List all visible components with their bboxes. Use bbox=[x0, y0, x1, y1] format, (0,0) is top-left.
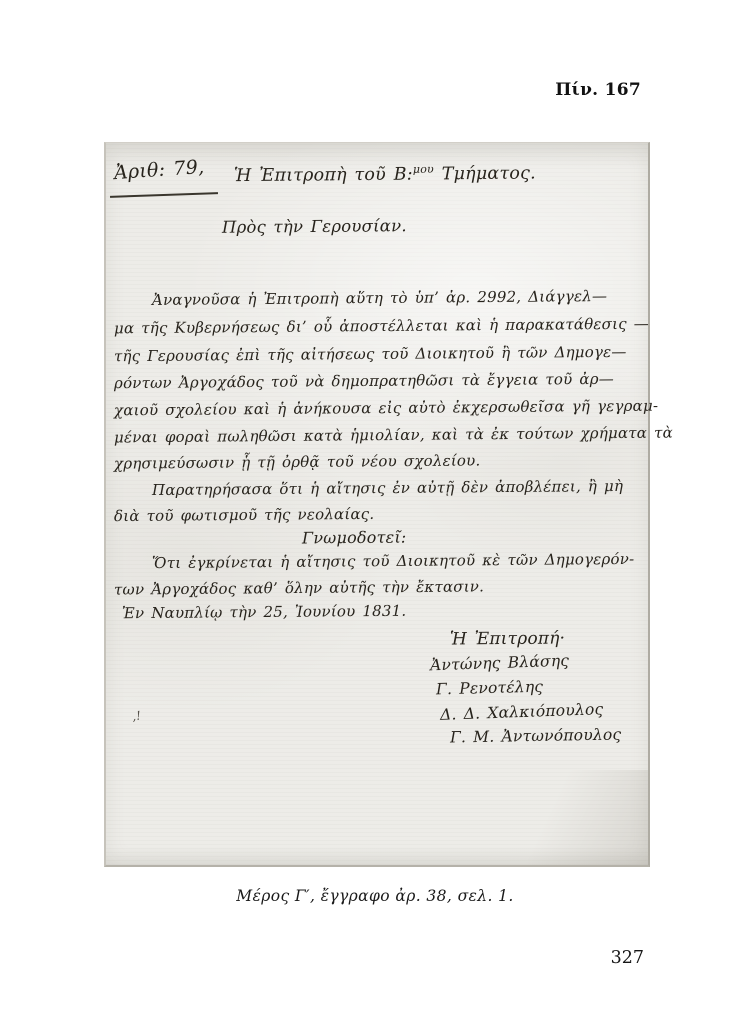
signature: Γ. Μ. Ἀντωνόπουλος bbox=[450, 726, 622, 747]
manuscript-body-line: Παρατηρήσασα ὅτι ἡ αἴτησις ἐν αὐτῇ δὲν ἀ… bbox=[152, 477, 623, 499]
plate-label: Πίν. 167 bbox=[555, 80, 641, 100]
manuscript-body-line: διὰ τοῦ φωτισμοῦ τῆς νεολαίας. bbox=[114, 505, 374, 525]
manuscript-addressee: Πρὸς τὴν Γερουσίαν. bbox=[222, 216, 407, 237]
signature-block-heading: Ἡ Ἐπιτροπή· bbox=[450, 628, 565, 649]
figure-caption: Μέρος Γ′, ἔγγραφο ἀρ. 38, σελ. 1. bbox=[236, 887, 513, 905]
paper-fold-shadow bbox=[478, 770, 648, 865]
manuscript-body-line: τῆς Γερουσίας ἐπὶ τῆς αἰτήσεως τοῦ Διοικ… bbox=[114, 343, 627, 365]
manuscript-body-line: ρόντων Ἀργοχάδος τοῦ νὰ δημοπρατηθῶσι τὰ… bbox=[114, 370, 614, 392]
margin-pencil-mark: ,! bbox=[131, 708, 142, 723]
caption-row: Μέρος Γ′, ἔγγραφο ἀρ. 38, σελ. 1. bbox=[104, 886, 646, 905]
page-number: 327 bbox=[611, 948, 644, 968]
manuscript-body-line: χρησιμεύσωσιν ᾗ τῇ ὀρθᾷ τοῦ νέου σχολείο… bbox=[114, 451, 481, 472]
manuscript-decision-line: Ὅτι ἐγκρίνεται ἡ αἴτησις τοῦ Διοικητοῦ κ… bbox=[152, 550, 634, 572]
ref-number-underline bbox=[110, 192, 218, 198]
manuscript-decision-label: Γνωμοδοτεῖ: bbox=[302, 528, 407, 548]
manuscript-heading-main: Ἡ Ἐπιτροπὴ τοῦ Β: bbox=[234, 165, 413, 187]
manuscript-heading-superscript: μου bbox=[413, 163, 434, 176]
book-page: { "page": { "plate_label": "Πίν. 167", "… bbox=[0, 0, 743, 1027]
manuscript-scan: Ἀριθ: 79, Ἡ Ἐπιτροπὴ τοῦ Β:μου Τμήματος.… bbox=[104, 142, 650, 867]
manuscript-ref-number: Ἀριθ: 79, bbox=[113, 156, 205, 184]
manuscript-dateline: Ἐν Ναυπλίῳ τὴν 25, Ἰουνίου 1831. bbox=[122, 602, 406, 622]
manuscript-heading: Ἡ Ἐπιτροπὴ τοῦ Β:μου Τμήματος. bbox=[234, 162, 536, 186]
manuscript-body-line: μέναι φοραὶ πωληθῶσι κατὰ ἡμιολίαν, καὶ … bbox=[114, 424, 673, 447]
manuscript-body-line: μα τῆς Κυβερνήσεως δι’ οὗ ἀποστέλλεται κ… bbox=[114, 315, 649, 338]
signature: Γ. Ρενοτέλης bbox=[436, 678, 544, 699]
manuscript-body-line: χαιοῦ σχολείου καὶ ἡ ἀνήκουσα εἰς αὐτὸ ἐ… bbox=[114, 397, 658, 420]
manuscript-heading-rest: Τμήματος. bbox=[434, 164, 536, 185]
manuscript-decision-line: των Ἀργοχάδος καθ’ ὅλην αὐτῆς τὴν ἔκτασι… bbox=[114, 577, 484, 598]
signature: Δ. Δ. Χαλκιόπουλος bbox=[440, 700, 604, 724]
manuscript-body-line: Ἀναγνοῦσα ἡ Ἐπιτροπὴ αὕτη τὸ ὑπ’ ἀρ. 299… bbox=[152, 287, 607, 309]
signature: Ἀντώνης Βλάσης bbox=[430, 652, 570, 675]
